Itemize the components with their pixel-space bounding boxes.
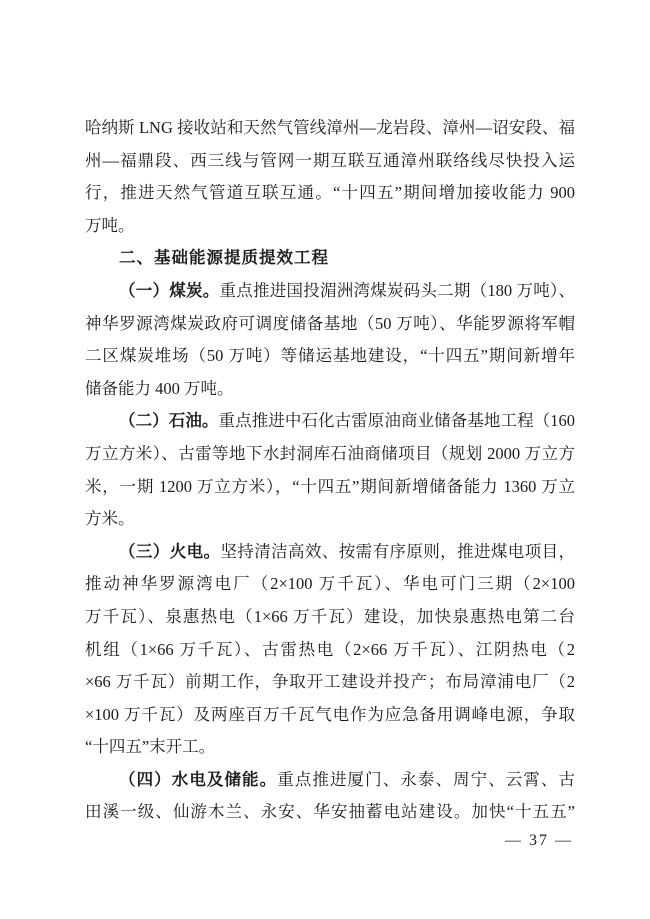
- text-run: 重点推进中石化古雷原油商业储备基地工程（160: [219, 411, 575, 430]
- text-line: （二）石油。重点推进中石化古雷原油商业储备基地工程（160: [85, 405, 575, 438]
- subsection-lead-coal: （一）煤炭。: [119, 281, 219, 300]
- subsection-lead-oil: （二）石油。: [119, 411, 219, 430]
- text-line: 米，一期 1200 万立方米），“十四五”期间新增储备能力 1360 万立: [85, 471, 575, 504]
- document-page: 哈纳斯 LNG 接收站和天然气管线漳州—龙岩段、漳州—诏安段、福 州—福鼎段、西…: [0, 0, 650, 919]
- text-run: 重点推进厦门、永泰、周宁、云霄、古: [277, 770, 575, 789]
- text-line: 机组（1×66 万千瓦）、古雷热电（2×66 万千瓦）、江阴热电（2: [85, 634, 575, 667]
- text-line: ×100 万千瓦）及两座百万千瓦气电作为应急备用调峰电源，争取: [85, 699, 575, 732]
- text-line: 二区煤炭堆场（50 万吨）等储运基地建设，“十四五”期间新增年: [85, 340, 575, 373]
- text-line: 万立方米）、古雷等地下水封洞库石油商储项目（规划 2000 万立方: [85, 438, 575, 471]
- text-line: 行，推进天然气管道互联互通。“十四五”期间增加接收能力 900: [85, 177, 575, 210]
- subsection-lead-hydro: （四）水电及储能。: [119, 770, 277, 789]
- text-line: “十四五”末开工。: [85, 731, 575, 764]
- text-line: （三）火电。坚持清洁高效、按需有序原则，推进煤电项目，: [85, 536, 575, 569]
- text-line: 储备能力 400 万吨。: [85, 373, 575, 406]
- text-run: 坚持清洁高效、按需有序原则，推进煤电项目，: [220, 542, 575, 561]
- text-line: 推动神华罗源湾电厂（2×100 万千瓦）、华电可门三期（2×100: [85, 568, 575, 601]
- text-line: 哈纳斯 LNG 接收站和天然气管线漳州—龙岩段、漳州—诏安段、福: [85, 112, 575, 145]
- text-line: 万千瓦）、泉惠热电（1×66 万千瓦）建设，加快泉惠热电第二台: [85, 601, 575, 634]
- document-body: 哈纳斯 LNG 接收站和天然气管线漳州—龙岩段、漳州—诏安段、福 州—福鼎段、西…: [85, 112, 575, 829]
- text-line: 万吨。: [85, 210, 575, 243]
- subsection-lead-thermal: （三）火电。: [119, 542, 220, 561]
- text-run: 重点推进国投湄洲湾煤炭码头二期（180 万吨）、: [219, 281, 575, 300]
- text-line: 方米。: [85, 503, 575, 536]
- text-line: 神华罗源湾煤炭政府可调度储备基地（50 万吨）、华能罗源将军帽: [85, 308, 575, 341]
- text-line: 田溪一级、仙游木兰、永安、华安抽蓄电站建设。加快“十五五”: [85, 796, 575, 829]
- section-heading: 二、基础能源提质提效工程: [85, 242, 575, 275]
- text-line: 州—福鼎段、西三线与管网一期互联互通漳州联络线尽快投入运: [85, 145, 575, 178]
- text-line: （四）水电及储能。重点推进厦门、永泰、周宁、云霄、古: [85, 764, 575, 797]
- text-line: （一）煤炭。重点推进国投湄洲湾煤炭码头二期（180 万吨）、: [85, 275, 575, 308]
- page-number: — 37 —: [505, 833, 573, 849]
- text-line: ×66 万千瓦）前期工作，争取开工建设并投产；布局漳浦电厂（2: [85, 666, 575, 699]
